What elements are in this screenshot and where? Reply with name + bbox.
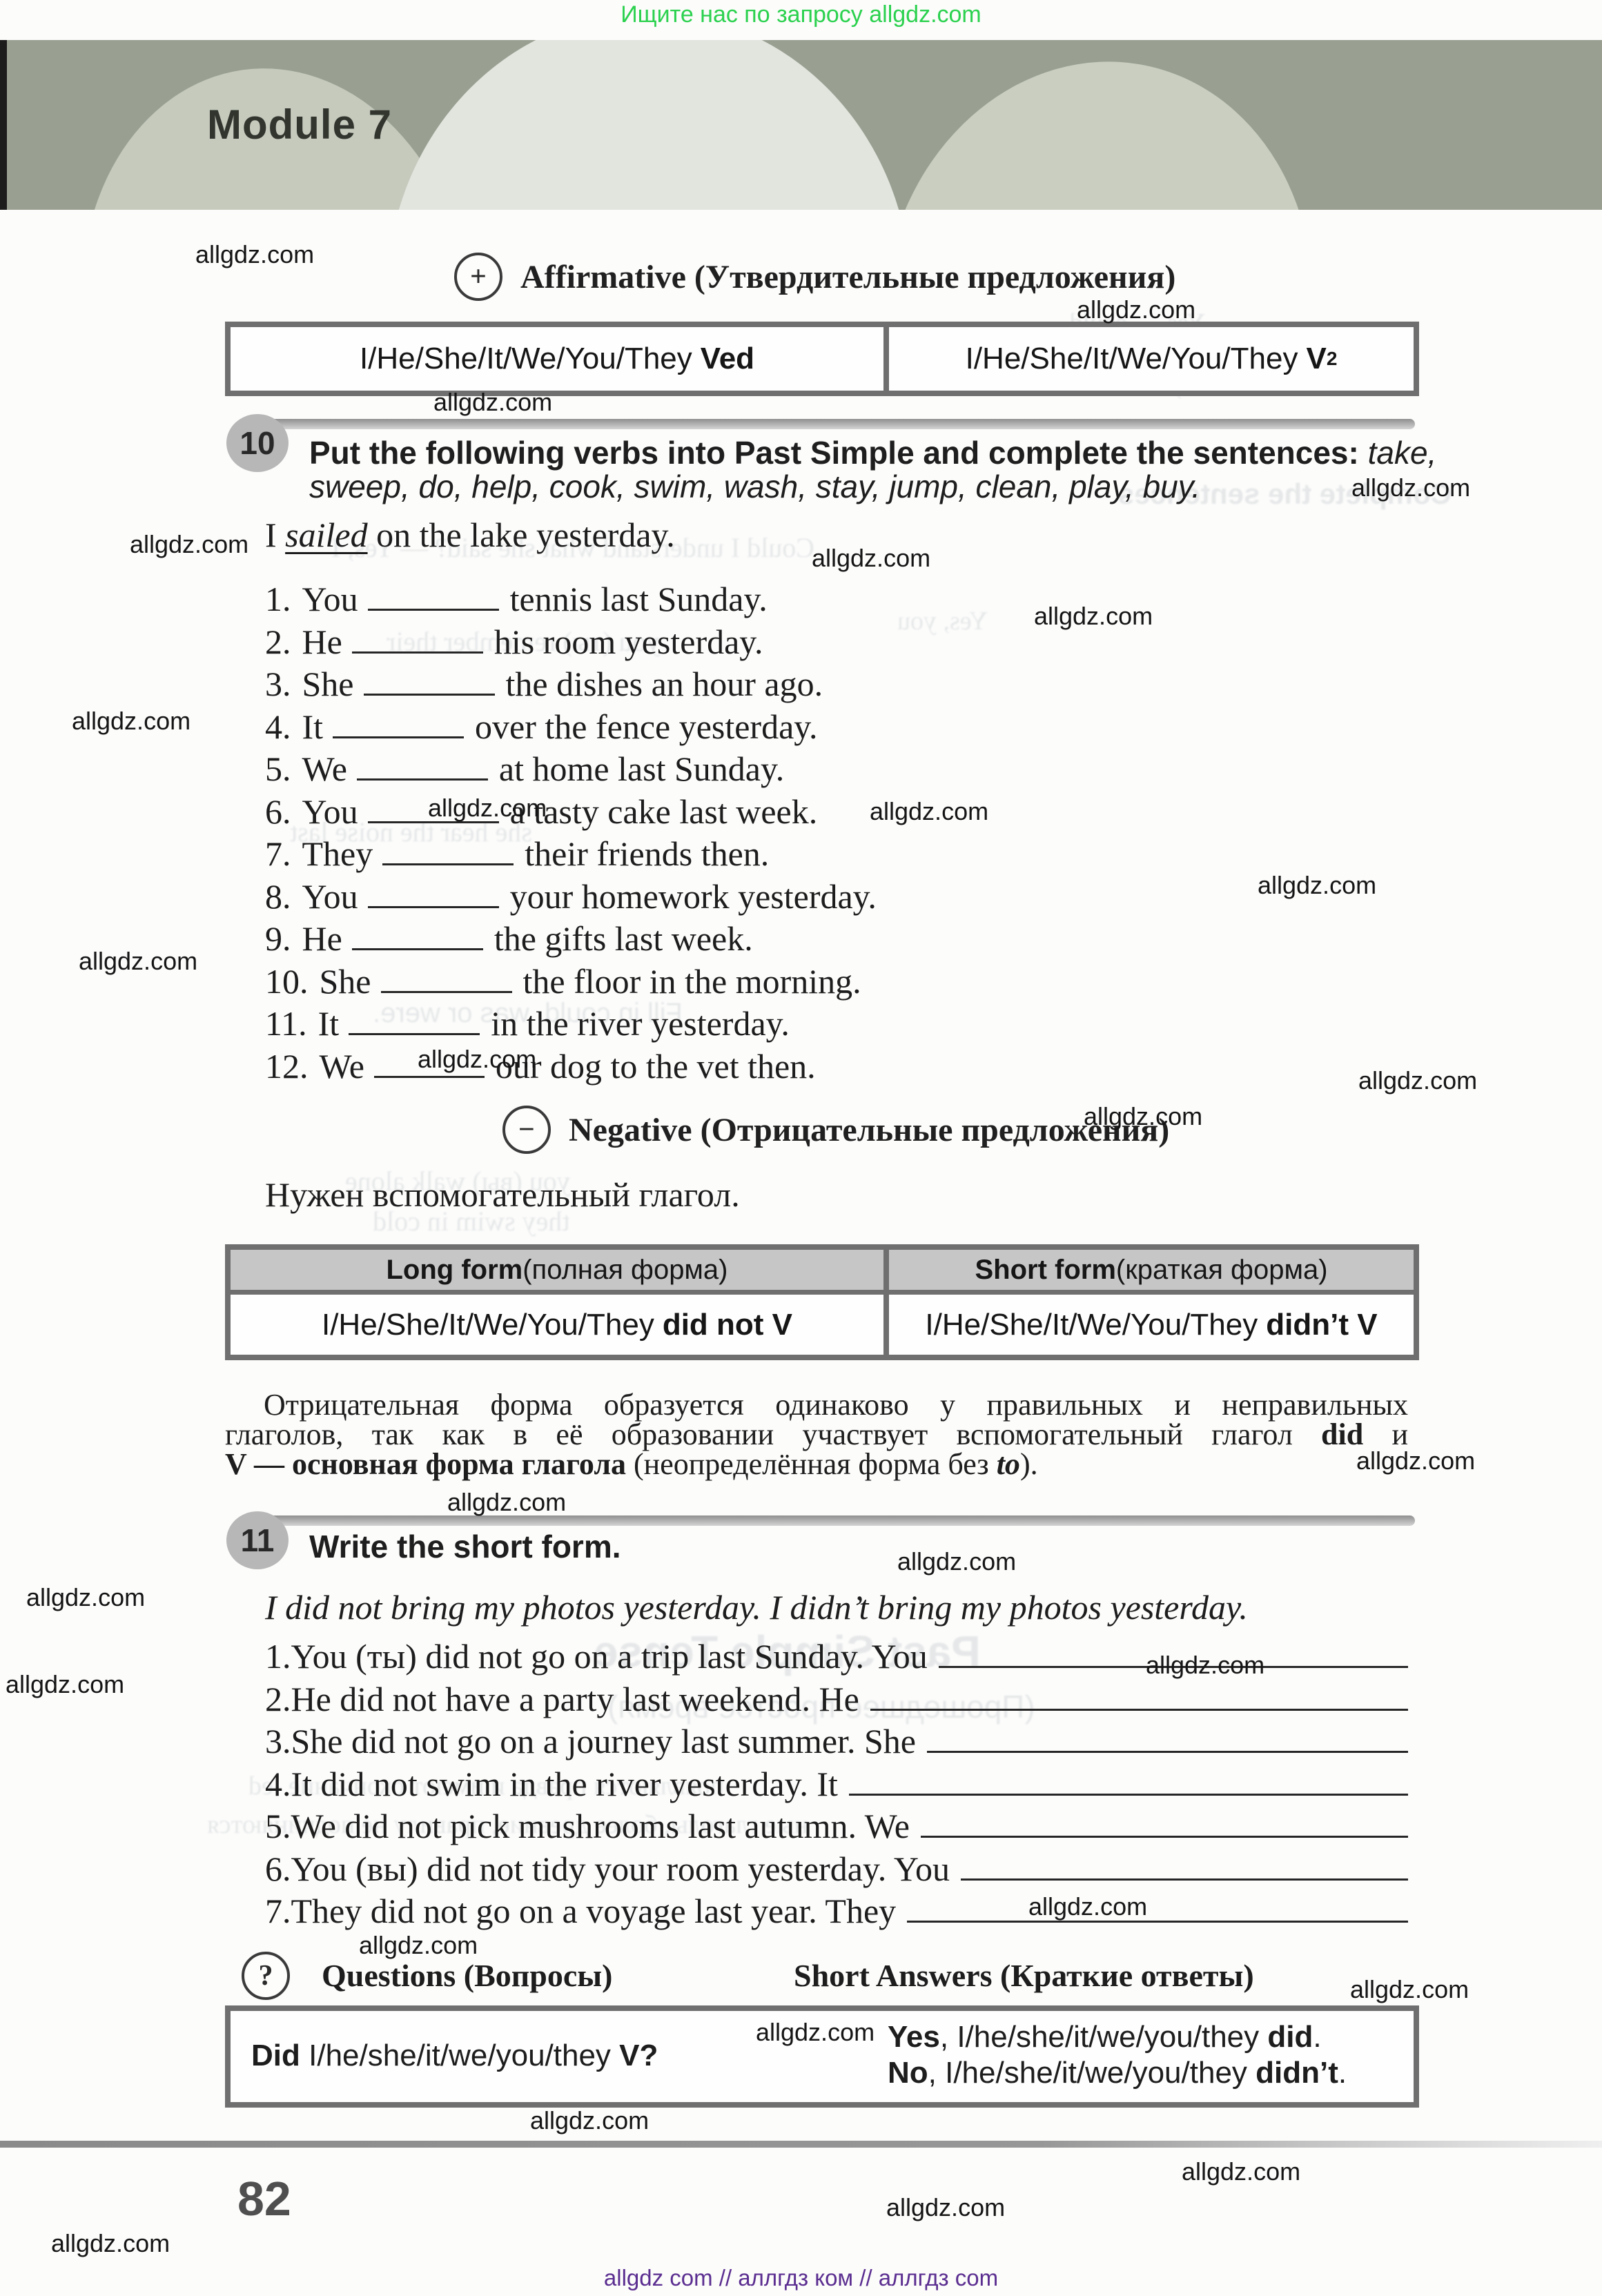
exercise10-number: 10	[226, 414, 289, 472]
exercise10-title-bold: Put the following verbs into Past Simple…	[309, 435, 1359, 471]
item-post: the gifts last week.	[494, 919, 753, 958]
page-number: 82	[237, 2171, 291, 2226]
question-pattern: Did I/he/she/it/we/you/they V?	[251, 2039, 658, 2073]
question-mark-icon: ?	[242, 1952, 290, 2000]
top-banner-text: Ищите нас по запросу allgdz.com	[0, 1, 1602, 28]
answer-blank	[870, 1709, 1408, 1711]
exercise-item: 3.She did not go on a journey last summe…	[265, 1720, 1408, 1763]
example-post: on the lake yesterday.	[368, 516, 675, 554]
item-pre: They	[302, 834, 373, 873]
watermark: allgdz.com	[418, 1045, 536, 1074]
exercise11-number: 11	[226, 1511, 289, 1569]
item-text: He did not have a party last weekend. He	[291, 1678, 859, 1721]
short-answers-title: Short Answers (Краткие ответы)	[794, 1957, 1254, 1994]
watermark: allgdz.com	[530, 2106, 649, 2135]
negative-heading: − Negative (Отрицательные предложения)	[502, 1106, 1169, 1154]
long-form-label: Long form	[387, 1255, 523, 1286]
item-number: 12.	[265, 1047, 309, 1086]
exercise-item: 5.We did not pick mushrooms last autumn.…	[265, 1805, 1408, 1848]
item-pre: He	[302, 622, 342, 661]
negative-table: Long form (полная форма) Short form (кра…	[225, 1244, 1419, 1360]
exercise11-list: 1.You (ты) did not go on a trip last Sun…	[265, 1636, 1408, 1933]
pronoun-list: , I/he/she/it/we/you/they	[928, 2056, 1256, 2090]
item-post: the floor in the morning.	[523, 962, 861, 1001]
exercise10-bar	[255, 419, 1415, 429]
exercise10-list: 1.Youtennis last Sunday. 2.Hehis room ye…	[265, 578, 877, 1088]
watermark: allgdz.com	[195, 240, 314, 269]
watermark: allgdz.com	[1356, 1446, 1475, 1475]
exercise-item: 2.He did not have a party last weekend. …	[265, 1678, 1408, 1721]
short-form-translation: (краткая форма)	[1116, 1255, 1328, 1286]
affirmative-heading: + Affirmative (Утвердительные предложени…	[454, 253, 1175, 301]
watermark: allgdz.com	[26, 1583, 145, 1612]
item-number: 4.	[265, 1763, 291, 1806]
exercise10-verb-list: sweep, do, help, cook, swim, wash, stay,…	[309, 468, 1200, 505]
item-post: a tasty cake last week.	[510, 792, 818, 831]
watermark: allgdz.com	[812, 544, 930, 573]
item-number: 3.	[265, 1720, 291, 1763]
example-verb: sailed	[285, 516, 367, 554]
item-text: It did not swim in the river yesterday. …	[291, 1763, 838, 1806]
exercise-item: 7.They did not go on a voyage last year.…	[265, 1890, 1408, 1933]
item-text: You (ты) did not go on a trip last Sunda…	[291, 1636, 928, 1678]
item-post: in the river yesterday.	[491, 1004, 790, 1043]
v-form-emphasis: V — основная форма глагола	[225, 1447, 626, 1481]
watermark: allgdz.com	[6, 1670, 124, 1699]
v2-label: V	[1306, 342, 1326, 376]
yes-label: Yes	[888, 2020, 940, 2054]
item-number: 7.	[265, 834, 291, 873]
watermark: allgdz.com	[897, 1547, 1016, 1576]
answer-blank	[921, 1836, 1408, 1838]
example-pre: I	[265, 516, 285, 554]
negative-title: Negative (Отрицательные предложения)	[569, 1111, 1169, 1149]
paragraph-line: глаголов, так как в её образовании участ…	[225, 1420, 1408, 1449]
watermark: allgdz.com	[428, 794, 547, 823]
no-label: No	[888, 2056, 928, 2090]
answer-blank	[352, 651, 483, 654]
watermark: allgdz.com	[1034, 602, 1153, 631]
watermark: allgdz.com	[433, 388, 552, 417]
petal-decoration	[843, 40, 1351, 210]
long-form-translation: (полная форма)	[522, 1255, 727, 1286]
item-pre: We	[302, 749, 347, 788]
item-number: 2.	[265, 1678, 291, 1721]
exercise-item: 6.Youa tasty cake last week.	[265, 791, 877, 834]
v2-subscript: 2	[1327, 348, 1338, 370]
watermark: allgdz.com	[72, 707, 191, 736]
verb-list-text: sweep, do, help, cook, swim, wash, stay,…	[309, 469, 1200, 504]
no-answer: No, I/he/she/it/we/you/they didn’t.	[888, 2055, 1347, 2091]
answer-blank	[333, 736, 464, 738]
petal-decoration	[387, 40, 911, 210]
item-number: 11.	[265, 1004, 307, 1043]
item-post: your homework yesterday.	[510, 877, 877, 916]
answer-blank	[368, 609, 499, 611]
paragraph-line: V — основная форма глагола (неопределённ…	[225, 1449, 1408, 1479]
item-pre: We	[320, 1047, 364, 1086]
exercise11-title: Write the short form.	[309, 1528, 621, 1565]
exercise10-example: I sailed on the lake yesterday.	[265, 515, 675, 555]
answer-blank	[381, 991, 512, 993]
exercise-item: 2.Hehis room yesterday.	[265, 621, 877, 664]
pronoun-list: I/He/She/It/We/You/They	[360, 342, 692, 376]
exercise-item: 10.Shethe floor in the morning.	[265, 961, 877, 1003]
negative-explanation: Отрицательная форма образуется одинаково…	[225, 1390, 1408, 1479]
item-pre: It	[318, 1004, 340, 1043]
item-pre: He	[302, 919, 342, 958]
watermark: allgdz.com	[870, 797, 988, 826]
bottom-rule	[0, 2141, 1602, 2148]
watermark: allgdz.com	[130, 530, 248, 559]
exercise-item: 4.Itover the fence yesterday.	[265, 706, 877, 749]
short-form-label: Short form	[975, 1255, 1115, 1286]
item-number: 9.	[265, 919, 291, 958]
affirmative-table: I/He/She/It/We/You/They Ved I/He/She/It/…	[225, 322, 1419, 396]
long-form-header: Long form (полная форма)	[231, 1250, 889, 1290]
item-pre: She	[320, 962, 371, 1001]
item-pre: You	[302, 877, 358, 916]
short-form-cell: I/He/She/It/We/You/They didn’t V	[889, 1295, 1414, 1355]
item-number: 1.	[265, 580, 291, 618]
exercise-item: 11.Itin the river yesterday.	[265, 1003, 877, 1046]
item-text: We did not pick mushrooms last autumn. W…	[291, 1805, 910, 1848]
questions-title: Questions (Вопросы)	[322, 1957, 613, 1994]
short-form-header: Short form (краткая форма)	[889, 1250, 1414, 1290]
exercise11-example: I did not bring my photos yesterday. I d…	[265, 1587, 1248, 1627]
didnt-v-label: didn’t V	[1266, 1308, 1377, 1342]
watermark: allgdz.com	[359, 1931, 478, 1960]
watermark: allgdz.com	[1077, 295, 1195, 324]
watermark: allgdz.com	[51, 2229, 170, 2258]
negative-table-body: I/He/She/It/We/You/They did not V I/He/S…	[231, 1295, 1414, 1355]
exercise-item: 7.Theytheir friends then.	[265, 833, 877, 876]
item-post: his room yesterday.	[494, 622, 763, 661]
workbook-page: Ищите нас по запросу allgdz.com Module 7…	[0, 0, 1602, 2296]
watermark: allgdz.com	[1258, 871, 1376, 900]
answer-blank	[364, 694, 495, 696]
to-emphasis: to	[997, 1447, 1020, 1481]
negative-table-header: Long form (полная форма) Short form (кра…	[231, 1250, 1414, 1295]
answer-blank	[357, 778, 488, 781]
did-label: Did	[251, 2039, 300, 2072]
answer-blank	[907, 1921, 1408, 1923]
exercise-item: 3.Shethe dishes an hour ago.	[265, 663, 877, 706]
item-text: She did not go on a journey last summer.…	[291, 1720, 916, 1763]
negative-note: Нужен вспомогательный глагол.	[265, 1175, 740, 1215]
watermark: allgdz.com	[79, 947, 197, 976]
item-pre: You	[302, 792, 358, 831]
item-pre: You	[302, 580, 358, 618]
watermark: allgdz.com	[756, 2018, 875, 2047]
item-post: over the fence yesterday.	[475, 707, 817, 746]
exercise10-title: Put the following verbs into Past Simple…	[309, 434, 1436, 471]
pronoun-list: I/He/She/It/We/You/They	[966, 342, 1298, 376]
bleedthrough-text: Yes, you	[897, 606, 988, 636]
plus-icon: +	[454, 253, 502, 301]
scan-edge-shadow	[0, 40, 7, 210]
item-number: 2.	[265, 622, 291, 661]
exercise11-title-text: Write the short form.	[309, 1529, 621, 1564]
period: .	[1338, 2056, 1347, 2090]
item-text: They did not go on a voyage last year. T…	[291, 1890, 897, 1933]
watermark: allgdz.com	[1351, 473, 1470, 502]
item-number: 1.	[265, 1636, 291, 1678]
exercise-item: 5.Weat home last Sunday.	[265, 748, 877, 791]
watermark: allgdz.com	[447, 1488, 566, 1517]
item-post: tennis last Sunday.	[510, 580, 768, 618]
v-label: V?	[619, 2039, 658, 2072]
didnt-label: didn’t	[1256, 2056, 1338, 2090]
module-title: Module 7	[207, 101, 392, 148]
answer-blank	[374, 1076, 485, 1078]
item-pre: It	[302, 707, 324, 746]
paragraph-text: Отрицательная форма образуется одинаково…	[264, 1388, 1408, 1422]
exercise10-verb-list-start: take,	[1368, 435, 1437, 471]
paragraph-text: ).	[1020, 1447, 1038, 1481]
watermark: allgdz.com	[1146, 1651, 1264, 1680]
pronoun-list: I/He/She/It/We/You/They	[322, 1308, 654, 1342]
item-number: 10.	[265, 962, 309, 1001]
paragraph-text: глаголов, так как в её образовании участ…	[225, 1417, 1321, 1451]
paragraph-text: (неопределённая форма без	[626, 1447, 997, 1481]
item-number: 6.	[265, 1848, 291, 1891]
module-header-band: Module 7	[0, 40, 1602, 210]
item-number: 5.	[265, 1805, 291, 1848]
item-pre: She	[302, 665, 354, 703]
pronoun-list: I/he/she/it/we/you/they	[300, 2039, 619, 2072]
item-number: 3.	[265, 665, 291, 703]
minus-icon: −	[502, 1106, 551, 1154]
affirmative-cell-v2: I/He/She/It/We/You/They V2	[889, 327, 1414, 391]
period: .	[1313, 2020, 1321, 2054]
answer-blank	[349, 1033, 480, 1035]
exercise-item: 8.Youyour homework yesterday.	[265, 876, 877, 919]
answer-blank	[961, 1878, 1408, 1881]
watermark: allgdz.com	[1182, 2157, 1300, 2186]
answer-blank	[352, 948, 483, 950]
item-number: 6.	[265, 792, 291, 831]
long-form-cell: I/He/She/It/We/You/They did not V	[231, 1295, 889, 1355]
item-number: 7.	[265, 1890, 291, 1933]
paragraph-line: Отрицательная форма образуется одинаково…	[225, 1390, 1408, 1420]
watermark: allgdz.com	[886, 2193, 1005, 2222]
item-post: the dishes an hour ago.	[506, 665, 823, 703]
ved-label: Ved	[701, 342, 754, 376]
pronoun-list: , I/he/she/it/we/you/they	[940, 2020, 1267, 2054]
yes-answer: Yes, I/he/she/it/we/you/they did.	[888, 2019, 1347, 2055]
watermark: allgdz.com	[1350, 1975, 1469, 2004]
exercise-item: 4.It did not swim in the river yesterday…	[265, 1763, 1408, 1806]
exercise11-bar	[255, 1515, 1415, 1526]
pronoun-list: I/He/She/It/We/You/They	[925, 1308, 1258, 1342]
short-answer-patterns: Yes, I/he/she/it/we/you/they did. No, I/…	[888, 2019, 1347, 2091]
exercise-item: 9.Hethe gifts last week.	[265, 918, 877, 961]
answer-blank	[368, 906, 499, 908]
affirmative-cell-ved: I/He/She/It/We/You/They Ved	[231, 327, 889, 391]
answer-blank	[849, 1794, 1408, 1796]
item-number: 4.	[265, 707, 291, 746]
item-number: 5.	[265, 749, 291, 788]
watermark: allgdz.com	[1028, 1892, 1147, 1921]
footer-text: allgdz com // аллгдз ком // аллгдз com	[0, 2265, 1602, 2291]
did-label: did	[1267, 2020, 1313, 2054]
item-post: their friends then.	[525, 834, 769, 873]
item-post: our dog to the vet then.	[496, 1047, 816, 1086]
affirmative-title: Affirmative (Утвердительные предложения)	[520, 258, 1175, 296]
exercise-item: 1.Youtennis last Sunday.	[265, 578, 877, 621]
item-number: 8.	[265, 877, 291, 916]
watermark: allgdz.com	[1084, 1102, 1202, 1131]
did-not-v-label: did not V	[663, 1308, 792, 1342]
answer-blank	[927, 1751, 1408, 1753]
exercise-item: 12.Weour dog to the vet then.	[265, 1046, 877, 1088]
item-post: at home last Sunday.	[499, 749, 784, 788]
questions-heading: ?	[242, 1952, 290, 2000]
watermark: allgdz.com	[1358, 1066, 1477, 1095]
exercise-item: 6.You (вы) did not tidy your room yester…	[265, 1848, 1408, 1891]
item-text: You (вы) did not tidy your room yesterda…	[291, 1848, 950, 1891]
answer-blank	[382, 863, 514, 865]
